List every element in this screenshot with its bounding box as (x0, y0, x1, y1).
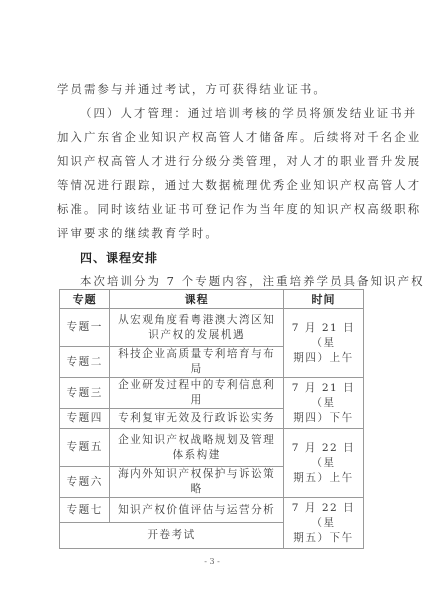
course-cell: 企业研发过程中的专利信息利用 (110, 378, 284, 409)
topic-cell: 专题一 (60, 309, 110, 347)
topic-cell: 专题六 (60, 467, 110, 498)
time-cell: 7 月 22 日（星 期五）上午 (284, 429, 364, 498)
time-period: 期五）下午 (287, 531, 360, 546)
table-row: 专题五 企业知识产权战略规划及管理体系构建 7 月 22 日（星 期五）上午 (60, 429, 364, 467)
page-number: - 3 - (0, 557, 424, 566)
paragraph-line: 评审要求的继续教育学时。 (57, 225, 219, 241)
paragraph-line: 学员需参与并通过考试，方可获得结业证书。 (57, 81, 327, 97)
topic-cell: 专题七 (60, 498, 110, 523)
topic-cell: 专题二 (60, 347, 110, 378)
topic-cell: 专题三 (60, 378, 110, 409)
paragraph-line: 等情况进行跟踪，通过大数据梳理优秀企业知识产权高管人才 (57, 177, 421, 193)
table-row: 专题一 从宏观角度看粤港澳大湾区知识产权的发展机遇 7 月 21 日（星 期四）… (60, 309, 364, 347)
time-date: 7 月 21 日（星 (287, 321, 360, 351)
time-cell: 7 月 21 日（星 期四）上午 (284, 309, 364, 378)
table-row: 专题三 企业研发过程中的专利信息利用 7 月 21 日（星 期四）下午 (60, 378, 364, 409)
time-period: 期四）上午 (287, 351, 360, 366)
topic-cell: 专题四 (60, 409, 110, 429)
time-cell: 7 月 22 日（星 期五）下午 (284, 498, 364, 549)
topic-cell: 专题五 (60, 429, 110, 467)
time-date: 7 月 22 日（星 (287, 501, 360, 531)
course-schedule-table: 专题 课程 时间 专题一 从宏观角度看粤港澳大湾区知识产权的发展机遇 7 月 2… (59, 289, 364, 549)
time-date: 7 月 22 日（星 (287, 441, 360, 471)
section-heading: 四、课程安排 (80, 249, 158, 266)
table-header-row: 专题 课程 时间 (60, 290, 364, 309)
time-period: 期五）上午 (287, 471, 360, 486)
time-period: 期四）下午 (287, 411, 360, 426)
paragraph-line: （四）人才管理：通过培训考核的学员将颁发结业证书并 (80, 105, 417, 121)
intro-line: 本次培训分为 7 个专题内容，注重培养学员具备知识产权+ (80, 273, 424, 289)
header-course: 课程 (110, 290, 284, 309)
course-cell: 从宏观角度看粤港澳大湾区知识产权的发展机遇 (110, 309, 284, 347)
course-cell: 海内外知识产权保护与诉讼策略 (110, 467, 284, 498)
course-cell: 知识产权价值评估与运营分析 (110, 498, 284, 523)
document-page: 学员需参与并通过考试，方可获得结业证书。 （四）人才管理：通过培训考核的学员将颁… (0, 0, 424, 600)
paragraph-line: 标准。同时该结业证书可登记作为当年度的知识产权高级职称 (57, 201, 421, 217)
paragraph-line: 知识产权高管人才进行分级分类管理，对人才的职业晋升发展 (57, 153, 421, 169)
header-time: 时间 (284, 290, 364, 309)
header-topic: 专题 (60, 290, 110, 309)
table-row: 专题七 知识产权价值评估与运营分析 7 月 22 日（星 期五）下午 (60, 498, 364, 523)
time-date: 7 月 21 日（星 (287, 381, 360, 411)
course-cell: 科技企业高质量专利培育与布局 (110, 347, 284, 378)
time-cell: 7 月 21 日（星 期四）下午 (284, 378, 364, 429)
paragraph-line: 加入广东省企业知识产权高管人才储备库。后续将对千名企业 (57, 129, 421, 145)
exam-cell: 开卷考试 (60, 523, 284, 549)
course-cell: 企业知识产权战略规划及管理体系构建 (110, 429, 284, 467)
course-cell: 专利复审无效及行政诉讼实务 (110, 409, 284, 429)
